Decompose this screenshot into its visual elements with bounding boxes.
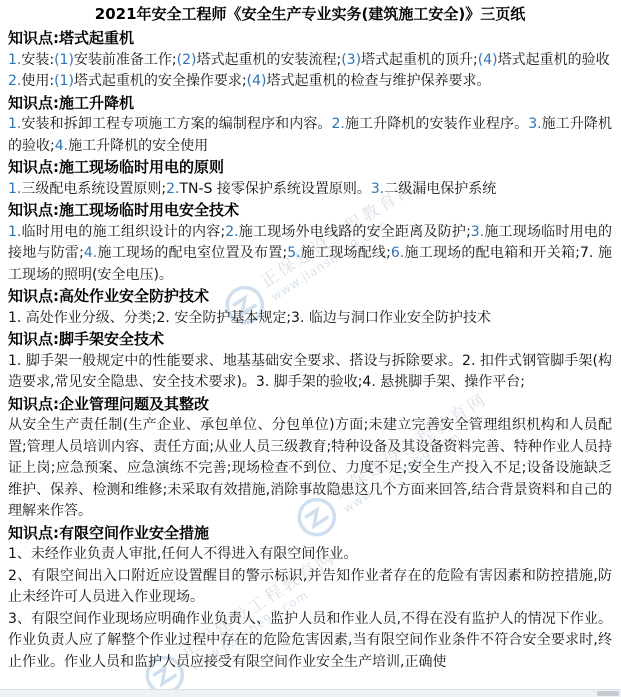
knowledge-point-heading: 知识点:施工现场临时用电的原则 (8, 157, 612, 179)
list-number: 5. (287, 245, 300, 261)
document-page: 2021年安全工程师《安全生产专业实务(建筑施工安全)》三页纸 知识点:塔式起重… (0, 0, 621, 673)
text-segment: 施工升降机的安全使用 (68, 138, 208, 154)
knowledge-point-heading: 知识点:高处作业安全防护技术 (8, 286, 612, 308)
text-segment: 从安全生产责任制(生产企业、承包单位、分包单位)方面;未建立完善安全管理组织机构… (8, 417, 612, 519)
scrollbar-thumb[interactable] (597, 691, 619, 696)
text-segment: 塔式起重机的验收 (498, 52, 610, 68)
content-paragraph: 1.安装:(1)安装前准备工作;(2)塔式起重机的安装流程;(3)塔式起重机的顶… (8, 50, 612, 72)
list-number: (4) (478, 52, 498, 68)
text-segment: 1、未经作业负责人审批,任何人不得进入有限空间作业。 (8, 546, 357, 562)
text-segment: 使用: (21, 73, 54, 89)
content-paragraph: 1.安装和拆卸工程专项施工方案的编制程序和内容。2.施工升降机的安装作业程序。3… (8, 114, 612, 157)
list-number: (4) (247, 73, 267, 89)
list-number: 2. (225, 224, 238, 240)
text-segment: 施工现场的配电室位置及布置; (97, 245, 287, 261)
content-paragraph: 2.使用:(1)塔式起重机的安全操作要求;(4)塔式起重机的检查与维护保养要求。 (8, 71, 612, 93)
list-number: 3. (471, 224, 484, 240)
list-number: 4. (84, 245, 97, 261)
text-segment: 塔式起重机的安全操作要求; (74, 73, 247, 89)
document-body: 知识点:塔式起重机1.安装:(1)安装前准备工作;(2)塔式起重机的安装流程;(… (8, 28, 612, 673)
list-number: (1) (54, 52, 74, 68)
knowledge-point-heading: 知识点:塔式起重机 (8, 28, 612, 50)
text-segment: TN-S 接零保护系统设置原则。 (179, 181, 370, 197)
knowledge-point-heading: 知识点:企业管理问题及其整改 (8, 394, 612, 416)
text-segment: 2、有限空间出入口附近应设置醒目的警示标识,并告知作业者存在的危险有害因素和防控… (8, 568, 612, 606)
text-segment: 安装: (21, 52, 54, 68)
knowledge-point-heading: 知识点:有限空间作业安全措施 (8, 523, 612, 545)
text-segment: 施工现场的配电箱和开关箱; (404, 245, 580, 261)
list-number: 1. (8, 116, 21, 132)
list-number: 1. (8, 181, 21, 197)
text-segment: 塔式起重机的安装流程; (196, 52, 341, 68)
list-number: 2. (166, 181, 179, 197)
text-segment: 施工升降机的安装作业程序。 (345, 116, 528, 132)
list-number: 3. (528, 116, 541, 132)
text-segment: 1. 脚手架一般规定中的性能要求、地基基础安全要求、搭设与拆除要求。2. 扣件式… (8, 353, 612, 391)
text-segment: 二级漏电保护系统 (384, 181, 496, 197)
text-segment: 安装和拆卸工程专项施工方案的编制程序和内容。 (21, 116, 331, 132)
list-number: (3) (341, 52, 361, 68)
text-segment: 塔式起重机的检查与维护保养要求。 (266, 73, 490, 89)
list-number: 2. (8, 73, 21, 89)
text-segment: 施工现场外电线路的安全距离及防护; (239, 224, 471, 240)
list-number: 2. (332, 116, 345, 132)
knowledge-point-heading: 知识点:脚手架安全技术 (8, 329, 612, 351)
content-paragraph: 1.三级配电系统设置原则;2.TN-S 接零保护系统设置原则。3.二级漏电保护系… (8, 179, 612, 201)
text-segment: 施工现场配线; (301, 245, 391, 261)
list-number: (1) (54, 73, 74, 89)
content-paragraph: 1. 脚手架一般规定中的性能要求、地基基础安全要求、搭设与拆除要求。2. 扣件式… (8, 351, 612, 394)
horizontal-scrollbar[interactable] (0, 689, 621, 697)
content-paragraph: 2、有限空间出入口附近应设置醒目的警示标识,并告知作业者存在的危险有害因素和防控… (8, 566, 612, 609)
text-segment: 安装前准备工作; (74, 52, 177, 68)
list-number: (2) (177, 52, 197, 68)
list-number: 4. (55, 138, 68, 154)
list-number: 6. (391, 245, 404, 261)
list-number: 3. (371, 181, 384, 197)
knowledge-point-heading: 知识点:施工现场临时用电安全技术 (8, 200, 612, 222)
content-paragraph: 3、有限空间作业现场应明确作业负责人、监护人员和作业人员,不得在没有监护人的情况… (8, 609, 612, 674)
page-title: 2021年安全工程师《安全生产专业实务(建筑施工安全)》三页纸 (8, 3, 612, 25)
content-paragraph: 1. 高处作业分级、分类;2. 安全防护基本规定;3. 临边与洞口作业安全防护技… (8, 308, 612, 330)
content-paragraph: 从安全生产责任制(生产企业、承包单位、分包单位)方面;未建立完善安全管理组织机构… (8, 415, 612, 523)
text-segment: 塔式起重机的顶升; (361, 52, 478, 68)
content-paragraph: 1、未经作业负责人审批,任何人不得进入有限空间作业。 (8, 544, 612, 566)
list-number: 1. (8, 52, 21, 68)
text-segment: 三级配电系统设置原则; (21, 181, 166, 197)
knowledge-point-heading: 知识点:施工升降机 (8, 93, 612, 115)
text-segment: 3、有限空间作业现场应明确作业负责人、监护人员和作业人员,不得在没有监护人的情况… (8, 611, 612, 670)
list-number: 1. (8, 224, 21, 240)
content-paragraph: 1.临时用电的施工组织设计的内容;2.施工现场外电线路的安全距离及防护;3.施工… (8, 222, 612, 287)
text-segment: 临时用电的施工组织设计的内容; (21, 224, 225, 240)
text-segment: 1. 高处作业分级、分类;2. 安全防护基本规定;3. 临边与洞口作业安全防护技… (8, 310, 491, 326)
